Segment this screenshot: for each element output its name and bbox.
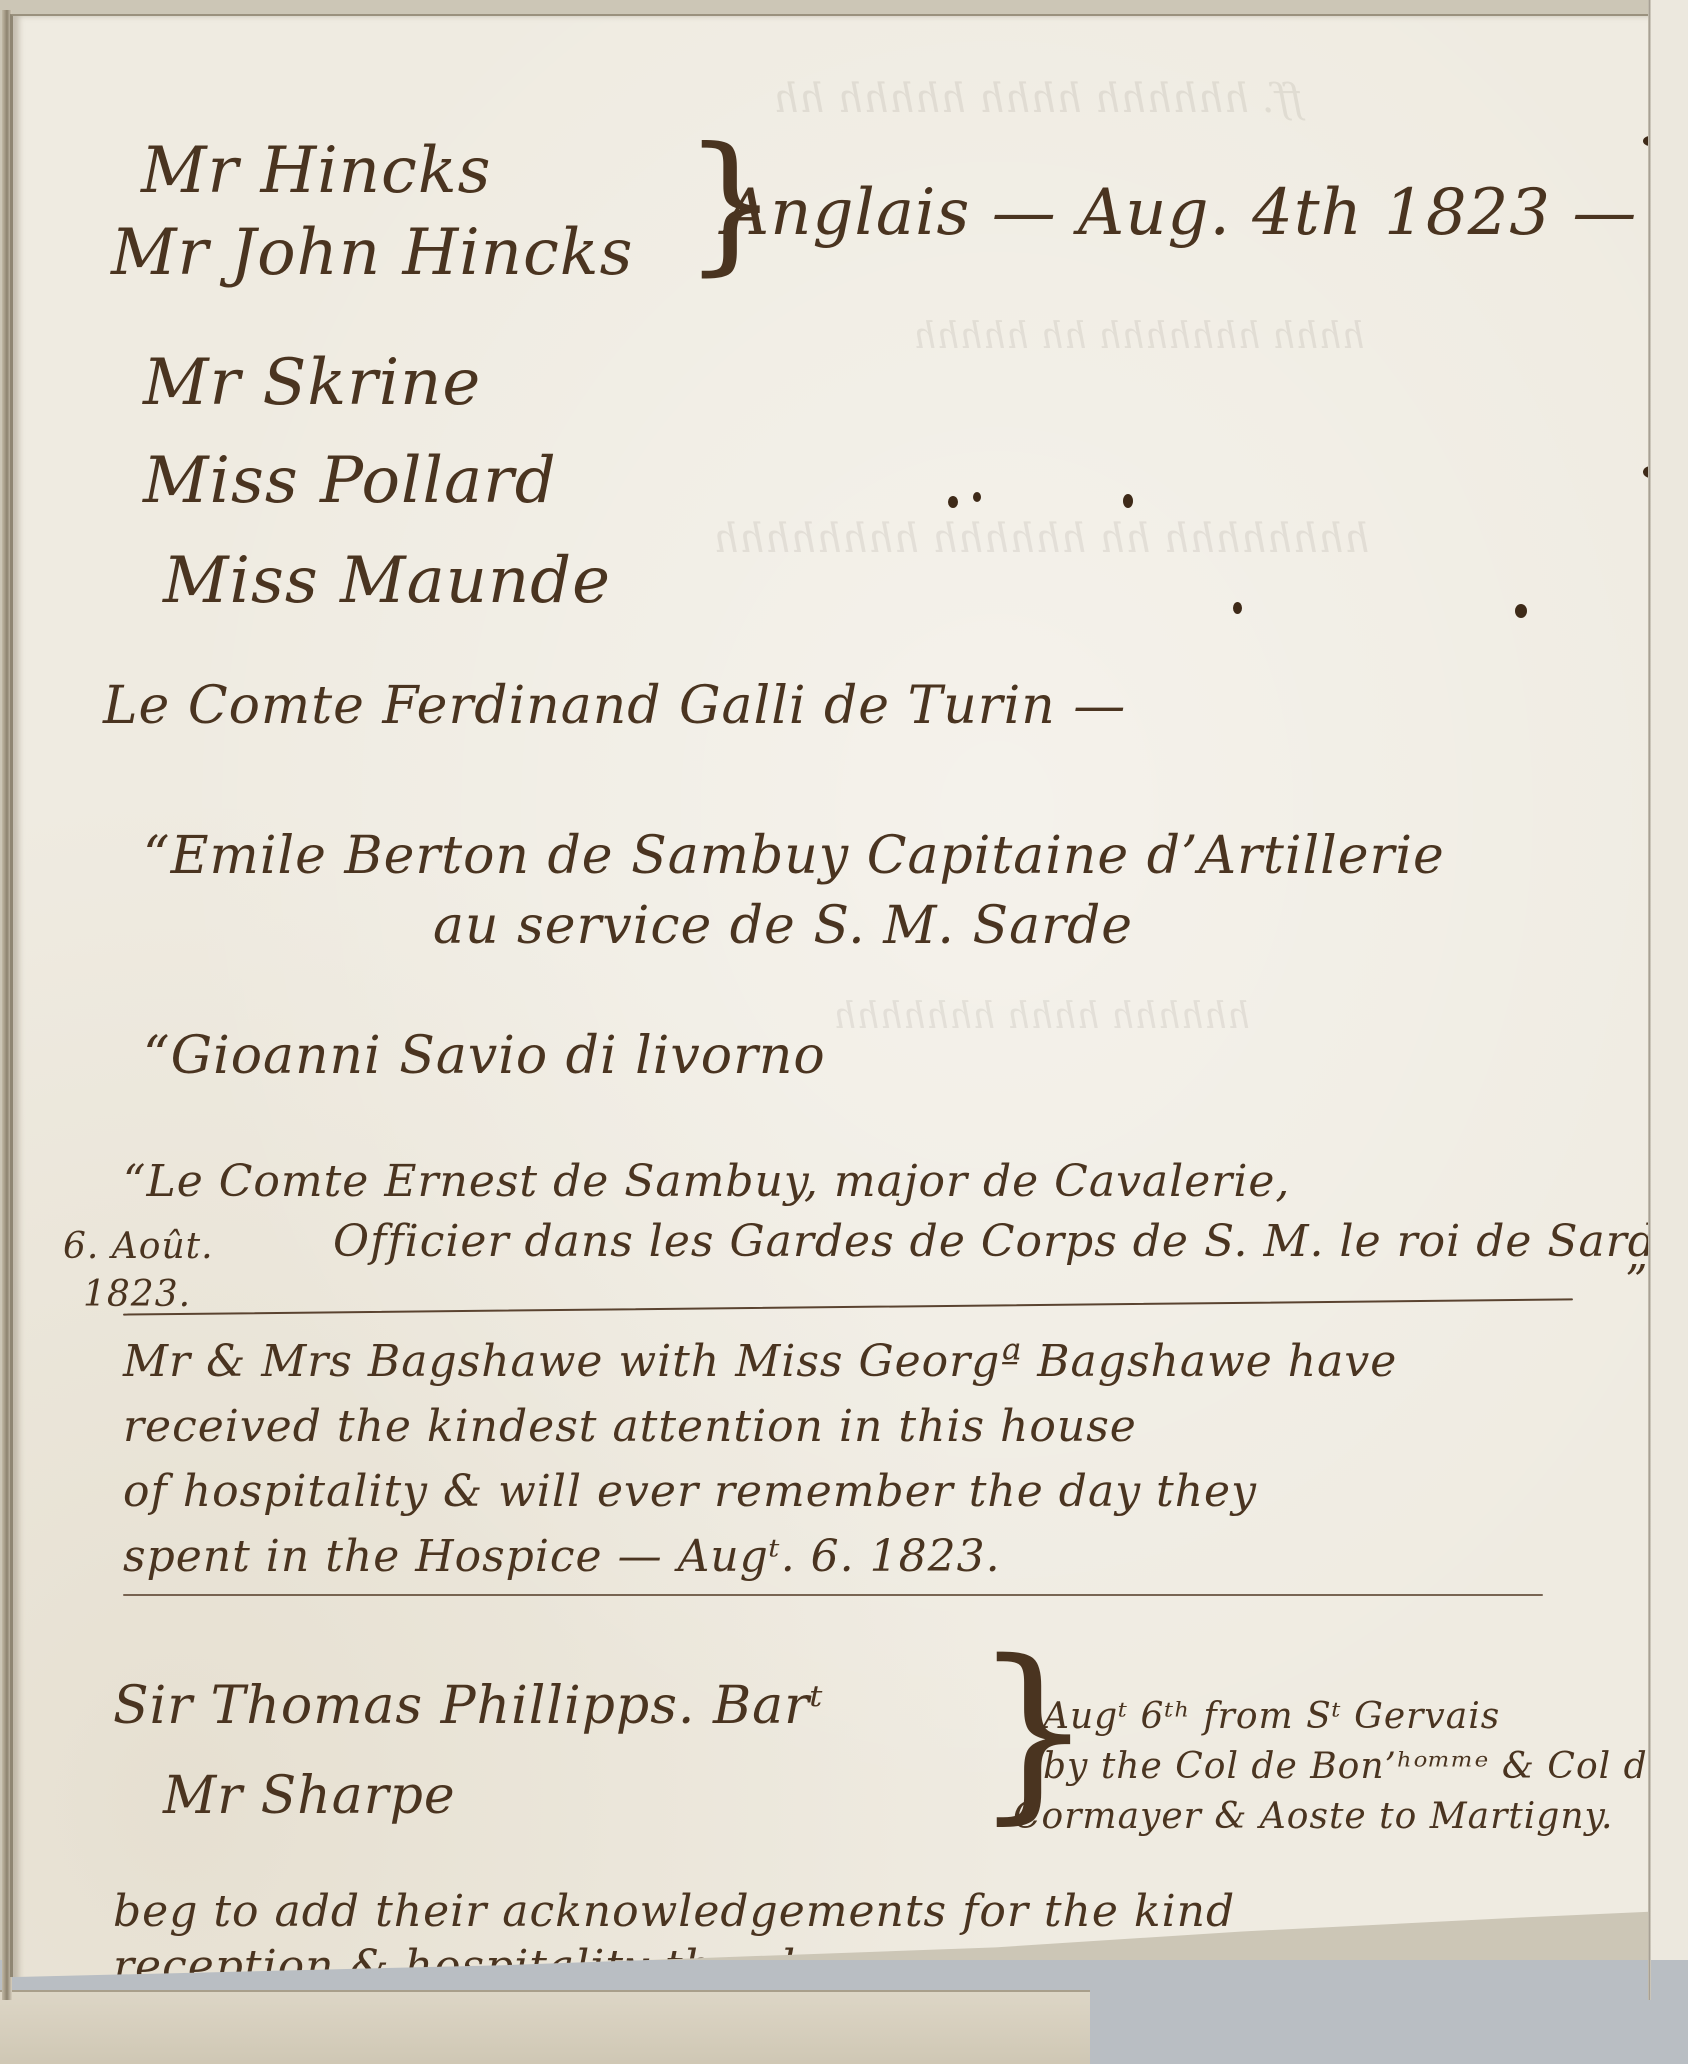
entry-name: Mr Sharpe — [163, 1766, 456, 1826]
entry-line: of hospitality & will ever remember the … — [123, 1466, 1257, 1517]
underlying-page-edge — [0, 1990, 1090, 2064]
entry-line: Mr & Mrs Bagshawe with Miss Georgª Bagsh… — [123, 1336, 1397, 1387]
bleed-through-text: hhhh hhhhhhh hh hhhhh — [913, 316, 1365, 357]
route-note: Augᵗ 6ᵗʰ from Sᵗ Gervais — [1043, 1696, 1500, 1737]
manuscript-page: ff. hhhhhh hhhh hhhhh hh hhhh hhhhhhh hh… — [10, 14, 1653, 2001]
bleed-through-text: ff. hhhhhh hhhh hhhhh hh — [773, 76, 1303, 122]
entry-line: “Gioanni Savio di livorno — [143, 1026, 826, 1086]
bleed-through-text: hhhhhh hhhh hhhhhhh — [833, 996, 1250, 1037]
entry-line: au service de S. M. Sarde — [433, 896, 1133, 956]
ink-blot — [973, 492, 981, 502]
separator-rule — [123, 1298, 1573, 1315]
ditto-mark: ” — [1625, 1256, 1649, 1307]
margin-date: 1823. — [83, 1274, 191, 1315]
entry-name: Mr John Hincks — [111, 216, 633, 290]
entry-note: Anglais — Aug. 4th 1823 — — [723, 176, 1637, 250]
adjacent-page-edge — [1651, 0, 1688, 1960]
ink-blot — [1123, 494, 1133, 508]
margin-date: 6. Août. — [63, 1226, 214, 1267]
entry-line: spent in the Hospice — Augᵗ. 6. 1823. — [123, 1531, 1001, 1582]
entry-line: beg to add their acknowledgements for th… — [113, 1886, 1235, 1937]
entry-name: Mr Hincks — [141, 134, 491, 208]
entry-line: “Emile Berton de Sambuy Capitaine d’Arti… — [143, 826, 1445, 886]
entry-line: received the kindest attention in this h… — [123, 1401, 1137, 1452]
entry-line: Le Comte Ferdinand Galli de Turin — — [103, 676, 1126, 736]
route-note: Cormayer & Aoste to Martigny. — [1013, 1796, 1614, 1837]
separator-rule — [123, 1594, 1543, 1596]
entry-name: Miss Maunde — [163, 544, 611, 618]
entry-name: Sir Thomas Phillipps. Barᵗ — [113, 1676, 824, 1736]
ink-blot — [1233, 602, 1242, 614]
entry-name: Mr Skrine — [143, 346, 481, 420]
entry-name: Miss Pollard — [143, 444, 557, 518]
ink-blot — [948, 496, 958, 508]
bleed-through-text: hhhhhhhh hh hhhhhh hhhhhhhh — [713, 516, 1369, 562]
ink-blot — [1515, 604, 1527, 618]
route-note: by the Col de Bon’ʰᵒᵐᵐᵉ & Col de Seign. — [1043, 1746, 1688, 1787]
entry-line: “Le Comte Ernest de Sambuy, major de Cav… — [123, 1156, 1290, 1207]
entry-line: Officier dans les Gardes de Corps de S. … — [333, 1216, 1672, 1267]
